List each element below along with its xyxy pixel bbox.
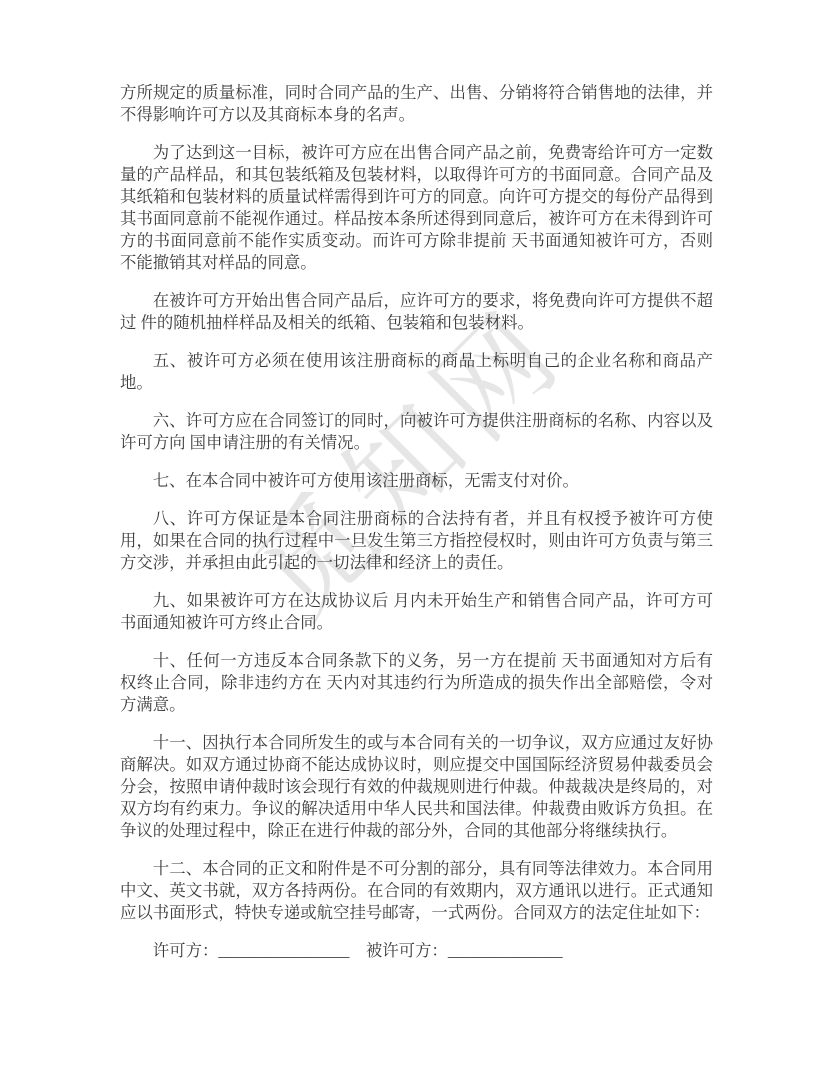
- contract-body: 方所规定的质量标准，同时合同产品的生产、出售、分销将符合销售地的法律，并不得影响…: [120, 82, 713, 978]
- contract-paragraph-continuation: 方所规定的质量标准，同时合同产品的生产、出售、分销将符合销售地的法律，并不得影响…: [120, 82, 713, 126]
- contract-clause-12: 十二、本合同的正文和附件是不可分割的部分，具有同等法律效力。本合同用中文、英文书…: [120, 858, 713, 924]
- contract-clause-8: 八、许可方保证是本合同注册商标的合法持有者，并且有权授予被许可方使用，如果在合同…: [120, 508, 713, 574]
- contract-clause-11: 十一、因执行本合同所发生的或与本合同有关的一切争议，双方应通过友好协商解决。如双…: [120, 732, 713, 842]
- contract-clause-10: 十、任何一方违反本合同条款下的义务，另一方在提前 天书面通知对方后有权终止合同，…: [120, 650, 713, 716]
- licensor-signature-blank: ________________: [218, 941, 349, 960]
- contract-paragraph-sample-approval: 为了达到这一目标，被许可方应在出售合同产品之前，免费寄给许可方一定数量的产品样品…: [120, 142, 713, 274]
- contract-paragraph-random-samples: 在被许可方开始出售合同产品后，应许可方的要求，将免费向许可方提供不超过 件的随机…: [120, 290, 713, 334]
- contract-clause-7: 七、在本合同中被许可方使用该注册商标，无需支付对价。: [120, 470, 713, 492]
- licensor-label: 许可方：: [153, 941, 219, 960]
- contract-clause-6: 六、许可方应在合同签订的同时，向被许可方提供注册商标的名称、内容以及许可方向 国…: [120, 410, 713, 454]
- signature-separator: [349, 941, 365, 960]
- contract-clause-9: 九、如果被许可方在达成协议后 月内未开始生产和销售合同产品，许可方可书面通知被许…: [120, 590, 713, 634]
- document-page: 觅知网 方所规定的质量标准，同时合同产品的生产、出售、分销将符合销售地的法律，并…: [0, 0, 830, 1074]
- signature-line: 许可方：________________ 被许可方：______________: [120, 940, 713, 962]
- licensee-signature-blank: ______________: [448, 941, 563, 960]
- contract-clause-5: 五、被许可方必须在使用该注册商标的商品上标明自己的企业名称和商品产地。: [120, 350, 713, 394]
- licensee-label: 被许可方：: [366, 941, 448, 960]
